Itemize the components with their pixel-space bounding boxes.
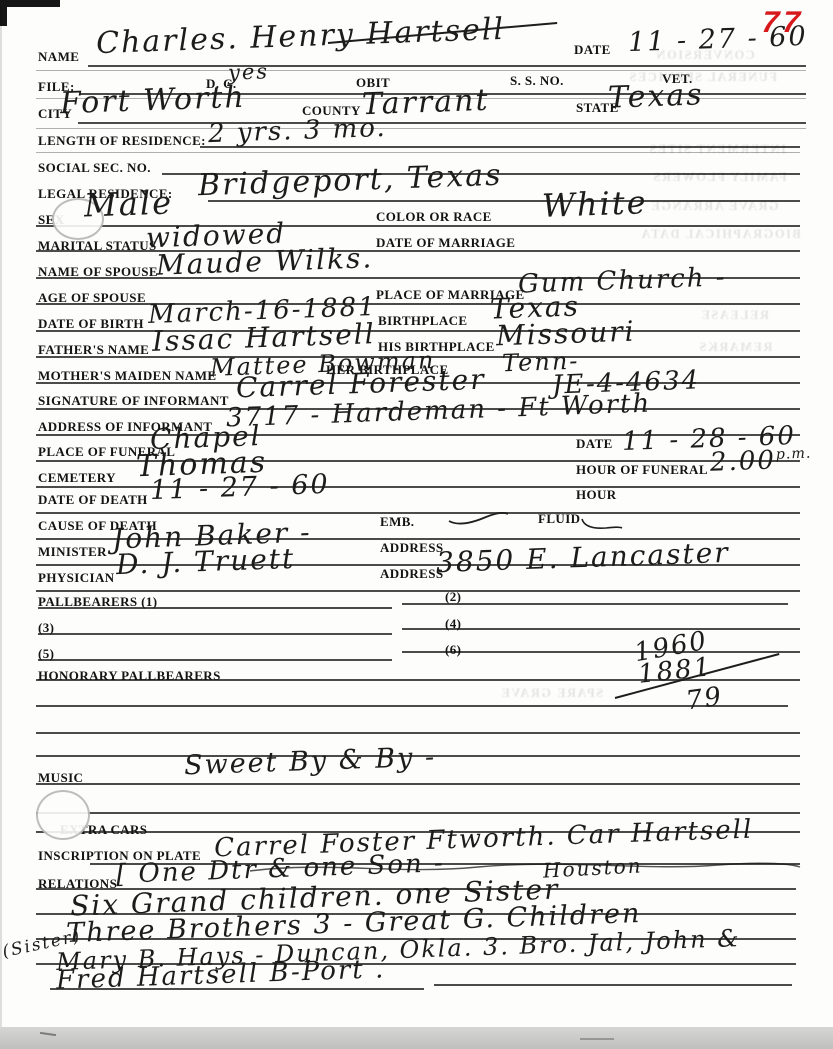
death-date-label: DATE OF DEATH	[38, 492, 148, 508]
bleedthrough-text: BIOGRAPHICAL DATA	[640, 227, 801, 242]
rule-line	[36, 783, 800, 785]
rule-line	[36, 330, 800, 332]
name-value: Charles. Henry Hartsell	[96, 15, 506, 59]
rule-line	[36, 512, 800, 514]
bleedthrough-text: SPARE GRAVE	[500, 686, 603, 701]
pallbearers-6-label: (6)	[445, 642, 461, 658]
bleedthrough-text: FAMILY FLOWERS	[652, 170, 787, 185]
minister-label: MINISTER	[38, 544, 107, 560]
pallbearers-1-label: PALLBEARERS (1)	[38, 594, 158, 610]
physician-address-value: 3850 E. Lancaster	[436, 539, 730, 577]
social-security-label: SOCIAL SEC. NO.	[38, 160, 151, 176]
emb-check-mark	[446, 508, 510, 528]
rule-line	[402, 628, 800, 630]
rule-line	[38, 659, 392, 661]
name-label: NAME	[38, 49, 79, 65]
page-number: 77	[760, 6, 805, 40]
father-birthplace-value: Missouri	[496, 318, 636, 351]
embalmed-label: EMB.	[380, 514, 414, 530]
pen-wavy-stroke	[248, 855, 804, 881]
death-date-value: 11 - 27 - 60	[150, 471, 330, 504]
rule-line	[36, 705, 788, 707]
birth-date-label: DATE OF BIRTH	[38, 316, 144, 332]
mother-maiden-name-label: MOTHER'S MAIDEN NAME	[38, 368, 216, 384]
father-name-label: FATHER'S NAME	[38, 342, 149, 358]
color-or-race-label: COLOR OR RACE	[376, 209, 492, 225]
rule-line	[36, 590, 800, 592]
rule-line	[36, 128, 806, 129]
rule-line	[434, 984, 792, 986]
funeral-record-form: CONVERSIONFUNERAL SERVICESINTERMENT SITE…	[0, 0, 833, 1049]
pallbearers-5-label: (5)	[38, 646, 54, 662]
rule-line	[38, 633, 392, 635]
rule-line	[36, 812, 800, 814]
pallbearers-4-label: (4)	[445, 616, 461, 632]
pallbearers-3-label: (3)	[38, 620, 54, 636]
funeral-hour-label: HOUR OF FUNERAL	[576, 462, 708, 478]
scan-edge-top	[0, 0, 60, 7]
rule-line	[36, 732, 800, 734]
bleedthrough-text: GRAVE ARRANGE	[650, 199, 779, 214]
hour-label: HOUR	[576, 487, 617, 503]
physician-label: PHYSICIAN	[38, 570, 115, 586]
honorary-pallbearers-label: HONORARY PALLBEARERS	[38, 668, 221, 684]
music-label: MUSIC	[38, 770, 83, 786]
funeral-hour-value: 2.00p.m.	[710, 446, 813, 476]
funeral-date-label: DATE	[576, 436, 613, 452]
scan-edge-left	[0, 7, 2, 1027]
color-or-race-value: White	[541, 186, 648, 222]
rule-line	[88, 65, 806, 67]
rule-line	[78, 122, 806, 124]
bleedthrough-text: RELEASE	[700, 308, 769, 323]
funeral-hour-ampm: p.m.	[775, 446, 811, 463]
legal-residence-value: Bridgeport, Texas	[198, 161, 503, 202]
music-value: Sweet By & By -	[184, 744, 437, 780]
age-calc-result: 79	[684, 684, 724, 715]
scan-edge-bottom	[0, 1027, 833, 1049]
funeral-hour-time: 2.00	[710, 445, 777, 477]
spouse-name-label: NAME OF SPOUSE	[38, 264, 158, 280]
spouse-age-label: AGE OF SPOUSE	[38, 290, 146, 306]
fluid-label: FLUID	[538, 511, 580, 527]
rule-line	[402, 651, 800, 653]
fluid-check-mark	[580, 516, 624, 532]
minister-address-label: ADDRESS	[380, 540, 443, 556]
marital-status-label: MARITAL STATUS	[38, 238, 157, 254]
ssn-label: S. S. NO.	[510, 73, 564, 89]
physician-value: D. J. Truett	[116, 545, 296, 579]
hole-punch	[36, 790, 90, 840]
sex-value: Male	[83, 186, 173, 221]
marriage-date-label: DATE OF MARRIAGE	[376, 235, 515, 251]
residence-length-value: 2 yrs. 3 mo.	[208, 115, 388, 147]
city-value: Fort Worth	[60, 83, 247, 119]
physician-address-label: ADDRESS	[380, 566, 443, 582]
cemetery-label: CEMETERY	[38, 470, 116, 486]
residence-length-label: LENGTH OF RESIDENCE:	[38, 133, 206, 149]
spouse-name-value: Maude Wilks.	[156, 244, 374, 280]
state-value: Texas	[608, 80, 705, 113]
bleedthrough-text: INTERMENT SITES	[648, 142, 786, 157]
date-label: DATE	[574, 42, 611, 58]
scan-mark	[580, 1038, 614, 1040]
informant-signature-label: SIGNATURE OF INFORMANT	[38, 393, 229, 409]
birthplace-label: BIRTHPLACE	[378, 313, 468, 329]
pallbearers-2-label: (2)	[445, 589, 461, 605]
bleedthrough-text: REMARKS	[698, 340, 772, 355]
